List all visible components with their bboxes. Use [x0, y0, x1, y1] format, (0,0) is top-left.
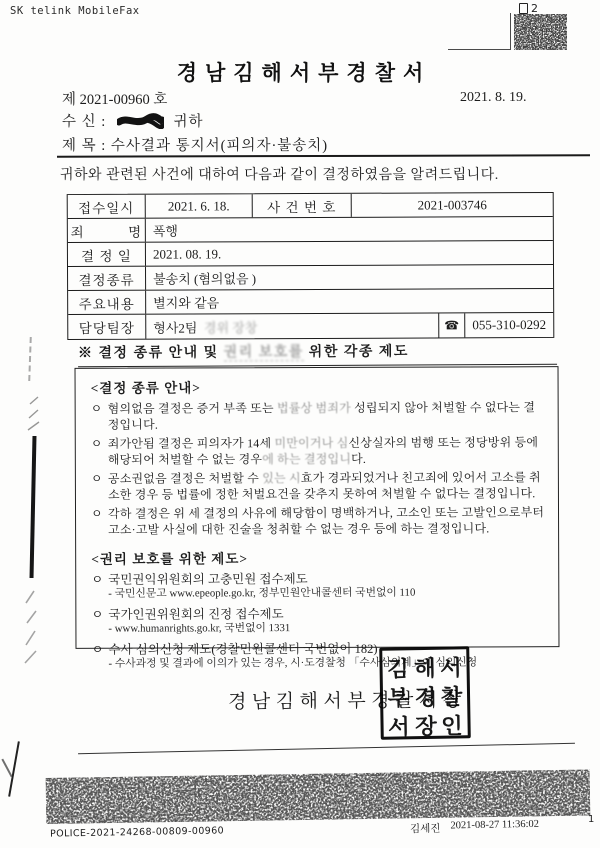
doc-date: 2021. 8. 19.: [460, 90, 527, 106]
intro-text: 귀하와 관련된 사건에 대하여 다음과 같이 결정하였음을 알려드립니다.: [60, 164, 499, 184]
seal-char: 서: [384, 709, 414, 741]
footer-sender-datetime: 김세진 2021-08-27 11:36:02: [410, 819, 539, 836]
notice-heading: ※ 결정 종류 안내 및 권리 보호를 위한 각종 제도: [78, 340, 557, 368]
case-number-value: 2021-003746: [352, 193, 553, 217]
seal-char: 인: [437, 708, 467, 740]
bullet-text: 죄가안됨 결정은 피의자가 14세 미만이거나 심신상실자의 범행 또는 정당방…: [108, 435, 546, 468]
seal-char: 찰: [436, 679, 466, 711]
rights-item-main: 수사 심의신청 제도(경찰민원콜센터 국번없이 182): [108, 642, 377, 658]
offense-label: 죄 명: [68, 219, 146, 242]
decision-guide-title: <결정 종류 안내>: [91, 375, 546, 397]
rights-item-sub: - www.humanrights.go.kr, 국번없이 1331: [108, 621, 546, 636]
bullet-marker: ㅇ: [91, 608, 104, 623]
rights-item-main: 국민권익위원회의 고충민원 접수제도: [108, 572, 308, 588]
notice-heading-post: 위한 각종 제도: [304, 345, 409, 361]
seal-char: 서: [436, 650, 466, 682]
summary-label: 주요내용: [68, 291, 146, 314]
bullet-item: ㅇ 죄가안됨 결정은 피의자가 14세 미만이거나 심신상실자의 범행 또는 정…: [91, 435, 546, 468]
notice-heading-pre: ※ 결정 종류 안내 및: [78, 345, 224, 361]
offense-value: 폭행: [146, 217, 553, 242]
table-row: 주요내용 별지와 같음: [68, 289, 553, 315]
scan-artifact-stroke: [8, 741, 20, 796]
table-row: 결 정 일 2021. 08. 19.: [68, 241, 553, 267]
subject-label: 제 목 :: [62, 138, 106, 154]
table-row: 죄 명 폭행: [68, 217, 553, 243]
bullet-text: 각하 결정은 위 세 결정의 사유에 해당함이 명백하거나, 고소인 또는 고발…: [108, 505, 546, 538]
table-row: 접수일시 2021. 6. 18. 사 건 번 호 2021-003746: [68, 193, 553, 219]
team-leader-label: 담당팀장: [68, 315, 146, 339]
receipt-date-label: 접수일시: [68, 195, 146, 218]
seal-char: 부: [383, 680, 413, 712]
signature-divider: [78, 743, 575, 754]
bullet-item: ㅇ 각하 결정은 위 세 결정의 사유에 해당함이 명백하거나, 고소인 또는 …: [91, 505, 546, 538]
seal-char: 김: [383, 651, 413, 683]
bullet-item: ㅇ 혐의없음 결정은 증거 부족 또는 법률상 범죄가 성립되지 않아 처벌할 …: [91, 400, 546, 433]
rights-item-main: 국가인권위원회의 진정 접수제도: [108, 607, 283, 623]
scan-artifact-stroke: [1, 759, 12, 777]
fax-service-label: SK telink MobileFax: [10, 5, 140, 17]
bullet-text: 공소권없음 결정은 처벌할 수 있는 시효가 경과되었거나 친고죄에 있어서 고…: [108, 470, 546, 503]
bullet-item: ㅇ 공소권없음 결정은 처벌할 수 있는 시효가 경과되었거나 친고죄에 있어서…: [91, 470, 546, 503]
bullet-marker: ㅇ: [91, 402, 104, 433]
rights-guide-title: <권리 보호를 위한 제도>: [91, 546, 546, 568]
rights-item: ㅇ국가인권위원회의 진정 접수제도 - www.humanrights.go.k…: [91, 606, 546, 636]
footer-sender: 김세진: [410, 821, 441, 837]
team-leader-value: 형사2팀 경위 장창: [146, 313, 439, 338]
phone-icon: ☎: [439, 313, 465, 337]
case-number-label: 사 건 번 호: [253, 194, 352, 217]
recipient-suffix: 귀하: [174, 114, 204, 130]
decision-type-value: 불송치 (혐의없음 ): [146, 265, 553, 290]
case-table: 접수일시 2021. 6. 18. 사 건 번 호 2021-003746 죄 …: [67, 192, 555, 340]
redaction-scribble: [117, 113, 164, 134]
page-icon: [519, 3, 528, 14]
footer-page-number: 1: [588, 814, 594, 825]
noise-band: [46, 769, 591, 824]
corner-mark: [448, 13, 511, 50]
header-divider: [57, 154, 590, 157]
summary-value: 별지와 같음: [146, 289, 553, 314]
bullet-marker: ㅇ: [91, 643, 104, 658]
bullet-marker: ㅇ: [91, 573, 104, 588]
footer-doc-code: POLICE-2021-24268-00809-00960: [50, 825, 224, 839]
bullet-marker: ㅇ: [91, 437, 104, 468]
barcode-noise: [514, 14, 567, 50]
scan-artifact-scribble: [22, 585, 40, 672]
decision-type-label: 결정종류: [68, 267, 146, 290]
rights-item: ㅇ국민권익위원회의 고충민원 접수제도 - 국민신문고 www.epeople.…: [91, 571, 546, 601]
scan-artifact-scribble: [26, 392, 42, 439]
rights-item-sub: - 수사과정 및 결과에 이의가 있는 경우, 시·도경찰청 「수사심의계」에 …: [109, 656, 547, 671]
doc-number: 제 2021-00960 호: [62, 88, 167, 109]
phone-number: 055-310-0292: [465, 313, 553, 337]
fax-document-page: { "fax_meta": { "service": "SK telink Mo…: [0, 0, 600, 848]
official-seal: 김 해 서 부 경 찰 서 장 인: [379, 646, 471, 740]
fax-barcode: [514, 14, 567, 50]
decision-date-value: 2021. 08. 19.: [146, 241, 553, 266]
station-title: 경남김해서부경찰서: [0, 57, 600, 87]
footer-datetime: 2021-08-27 11:36:02: [450, 819, 539, 836]
table-row: 담당팀장 형사2팀 경위 장창 ☎ 055-310-0292: [68, 313, 553, 339]
subject-value: 수사결과 통지서(피의자·불송치): [111, 138, 328, 154]
bullet-marker: ㅇ: [91, 472, 104, 503]
notice-heading-faded: 권리 보호를: [224, 345, 304, 361]
scan-artifact-bar: [30, 436, 37, 578]
decision-guide-box: <결정 종류 안내> ㅇ 혐의없음 결정은 증거 부족 또는 법률상 범죄가 성…: [75, 366, 560, 649]
recipient-label: 수 신 :: [62, 114, 106, 130]
scan-artifact-dashes: [28, 337, 32, 381]
bullet-marker: ㅇ: [91, 507, 104, 538]
decision-date-label: 결 정 일: [68, 243, 146, 266]
bullet-text: 혐의없음 결정은 증거 부족 또는 법률상 범죄가 성립되지 않아 처벌할 수 …: [108, 400, 546, 433]
table-row: 결정종류 불송치 (혐의없음 ): [68, 265, 553, 291]
recipient-line: 수 신 : 귀하: [62, 110, 204, 134]
rights-item-sub: - 국민신문고 www.epeople.go.kr, 정부민원안내콜센터 국번없…: [108, 586, 546, 601]
team-officer-name-faded: 경위 장창: [204, 317, 258, 336]
receipt-date-value: 2021. 6. 18.: [146, 194, 253, 217]
subject-line: 제 목 : 수사결과 통지서(피의자·불송치): [62, 134, 328, 155]
team-name: 형사2팀: [153, 317, 197, 336]
rights-item: ㅇ수사 심의신청 제도(경찰민원콜센터 국번없이 182) - 수사과정 및 결…: [91, 641, 546, 671]
